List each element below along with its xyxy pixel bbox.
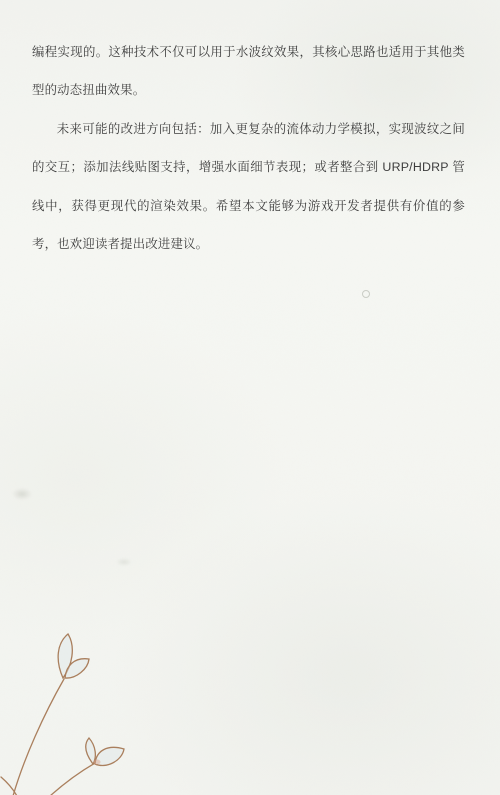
text-line: 编程实现的。这种技术不仅可以用于水波纹效果，其核心思路也适用于其他类 [32, 33, 465, 71]
text-line: 未来可能的改进方向包括：加入更复杂的流体动力学模拟，实现波纹之间 [32, 110, 465, 148]
paragraph-2: 未来可能的改进方向包括：加入更复杂的流体动力学模拟，实现波纹之间 的交互；添加法… [32, 110, 465, 264]
paragraph-1: 编程实现的。这种技术不仅可以用于水波纹效果，其核心思路也适用于其他类 型的动态扭… [32, 33, 465, 110]
text-line: 线中，获得更现代的渲染效果。希望本文能够为游戏开发者提供有价值的参 [32, 187, 465, 225]
leaf-blush-accent [94, 760, 101, 765]
branch-leaf-tall-right [65, 659, 89, 678]
document-page: 编程实现的。这种技术不仅可以用于水波纹效果，其核心思路也适用于其他类 型的动态扭… [0, 0, 500, 795]
branch-stem-short [50, 763, 95, 795]
document-text: 编程实现的。这种技术不仅可以用于水波纹效果，其核心思路也适用于其他类 型的动态扭… [32, 33, 465, 263]
branch-leaf-short-left [86, 738, 96, 764]
text-line: 型的动态扭曲效果。 [32, 71, 465, 109]
paper-smudge-small [116, 558, 132, 566]
branch-corner-stroke [1, 777, 17, 795]
branch-leaf-short-right [95, 747, 124, 765]
text-line: 考，也欢迎读者提出改进建议。 [32, 225, 465, 263]
paper-smudge [12, 488, 32, 500]
branch-stem-tall [13, 679, 64, 795]
branch-leaf-tall-left [58, 634, 72, 678]
text-line: 的交互；添加法线贴图支持，增强水面细节表现；或者整合到 URP/HDRP 管 [32, 148, 465, 186]
paper-speck-ring [362, 290, 370, 298]
